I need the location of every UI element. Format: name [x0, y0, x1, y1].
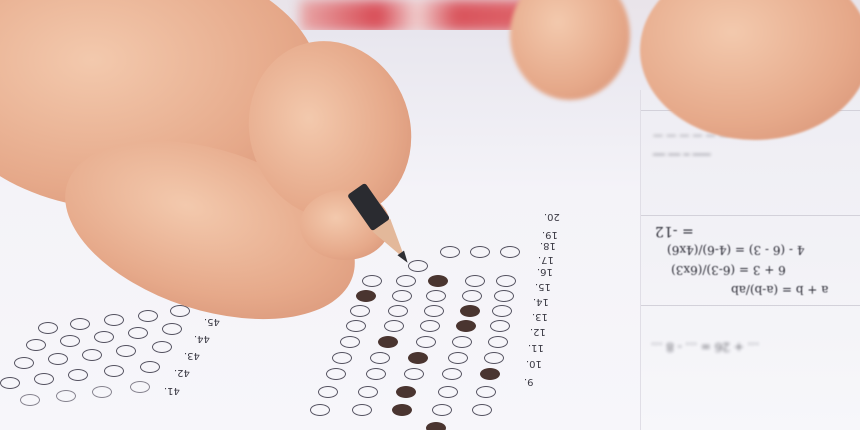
answer-bubble[interactable]: [60, 335, 80, 347]
answer-bubble[interactable]: [358, 386, 378, 398]
math-line-5: ... + 26 = ... - 8 ...: [651, 340, 759, 354]
answer-bubble[interactable]: [462, 290, 482, 302]
question-number: 44.: [194, 333, 210, 344]
question-number: 42.: [174, 367, 190, 378]
answer-bubble[interactable]: [140, 361, 160, 373]
answer-bubble[interactable]: [384, 320, 404, 332]
answer-bubble[interactable]: [396, 275, 416, 287]
answer-bubble[interactable]: [366, 368, 386, 380]
math-text-blurred: ── ── ─ ───: [653, 150, 711, 161]
answer-bubble[interactable]: [420, 320, 440, 332]
answer-bubble[interactable]: [94, 331, 114, 343]
answer-bubble[interactable]: [426, 290, 446, 302]
math-line-1: = -12: [655, 223, 694, 239]
answer-bubble[interactable]: [465, 275, 485, 287]
answer-bubble[interactable]: [448, 352, 468, 364]
math-line-2: 4 - (6 - 3) = (4-6)/(4x6): [667, 243, 804, 257]
question-number: 19.: [542, 229, 558, 240]
answer-bubble[interactable]: [494, 290, 514, 302]
question-number: 17.: [538, 254, 554, 265]
answer-bubble-filled[interactable]: [396, 386, 416, 398]
answer-bubble[interactable]: [404, 368, 424, 380]
answer-bubble[interactable]: [318, 386, 338, 398]
answer-bubble[interactable]: [20, 394, 40, 406]
answer-bubble[interactable]: [470, 246, 490, 258]
answer-bubble-filled[interactable]: [460, 305, 480, 317]
answer-bubble[interactable]: [346, 320, 366, 332]
answer-bubble[interactable]: [92, 386, 112, 398]
answer-bubble[interactable]: [14, 357, 34, 369]
answer-bubble[interactable]: [26, 339, 46, 351]
answer-bubble[interactable]: [442, 368, 462, 380]
divider: [641, 215, 860, 216]
question-number: 18.: [540, 240, 556, 251]
question-number: 13.: [532, 311, 548, 322]
answer-bubble[interactable]: [440, 246, 460, 258]
answer-bubble[interactable]: [492, 305, 512, 317]
question-number: 41.: [164, 385, 180, 396]
answer-bubble[interactable]: [476, 386, 496, 398]
answer-bubble[interactable]: [56, 390, 76, 402]
answer-bubble[interactable]: [352, 404, 372, 416]
answer-bubble[interactable]: [70, 318, 90, 330]
answer-bubble[interactable]: [48, 353, 68, 365]
question-number: 12.: [530, 326, 546, 337]
question-number: 16.: [537, 266, 553, 277]
question-number: 9.: [524, 376, 534, 387]
question-number: 43.: [184, 350, 200, 361]
question-number: 10.: [526, 358, 542, 369]
answer-bubble[interactable]: [0, 377, 20, 389]
answer-bubble[interactable]: [116, 345, 136, 357]
answer-bubble[interactable]: [370, 352, 390, 364]
answer-bubble-filled[interactable]: [480, 368, 500, 380]
answer-bubble[interactable]: [332, 352, 352, 364]
answer-bubble[interactable]: [438, 386, 458, 398]
answer-bubble[interactable]: [452, 336, 472, 348]
math-line-3: 6 + 3 = (6-3)/(6x3): [671, 263, 786, 277]
photo-scene: — — — — — — ── ── ─ ─── = -12 4 - (6 - 3…: [0, 0, 860, 430]
answer-bubble-filled[interactable]: [392, 404, 412, 416]
question-number: 11.: [528, 342, 544, 353]
answer-bubble[interactable]: [350, 305, 370, 317]
answer-bubble[interactable]: [128, 327, 148, 339]
answer-bubble[interactable]: [310, 404, 330, 416]
answer-bubble[interactable]: [340, 336, 360, 348]
answer-bubble[interactable]: [392, 290, 412, 302]
answer-bubble[interactable]: [500, 246, 520, 258]
answer-bubble[interactable]: [362, 275, 382, 287]
answer-bubble-filled[interactable]: [456, 320, 476, 332]
answer-bubble[interactable]: [388, 305, 408, 317]
answer-bubble[interactable]: [496, 275, 516, 287]
answer-bubble[interactable]: [68, 369, 88, 381]
answer-bubble[interactable]: [472, 404, 492, 416]
question-number: 15.: [535, 281, 551, 292]
answer-bubble[interactable]: [326, 368, 346, 380]
answer-bubble-filled[interactable]: [408, 352, 428, 364]
math-line-4: a + b = (a-b)/ab: [731, 283, 828, 297]
question-number: 20.: [544, 211, 560, 222]
question-number: 14.: [533, 296, 549, 307]
answer-bubble[interactable]: [104, 314, 124, 326]
answer-bubble[interactable]: [162, 323, 182, 335]
answer-bubble[interactable]: [104, 365, 124, 377]
answer-bubble[interactable]: [490, 320, 510, 332]
answer-bubble[interactable]: [138, 310, 158, 322]
answer-bubble[interactable]: [152, 341, 172, 353]
answer-bubble[interactable]: [424, 305, 444, 317]
answer-bubble[interactable]: [484, 352, 504, 364]
question-number: 45.: [204, 316, 220, 327]
answer-bubble-filled[interactable]: [428, 275, 448, 287]
answer-bubble[interactable]: [38, 322, 58, 334]
divider: [641, 305, 860, 306]
answer-bubble-filled[interactable]: [356, 290, 376, 302]
answer-bubble[interactable]: [416, 336, 436, 348]
answer-bubble[interactable]: [432, 404, 452, 416]
answer-bubble[interactable]: [34, 373, 54, 385]
answer-bubble-filled[interactable]: [426, 422, 446, 430]
answer-bubble[interactable]: [82, 349, 102, 361]
answer-bubble[interactable]: [130, 381, 150, 393]
answer-bubble[interactable]: [488, 336, 508, 348]
math-worksheet: — — — — — — ── ── ─ ─── = -12 4 - (6 - 3…: [640, 90, 860, 430]
answer-bubble-filled[interactable]: [378, 336, 398, 348]
